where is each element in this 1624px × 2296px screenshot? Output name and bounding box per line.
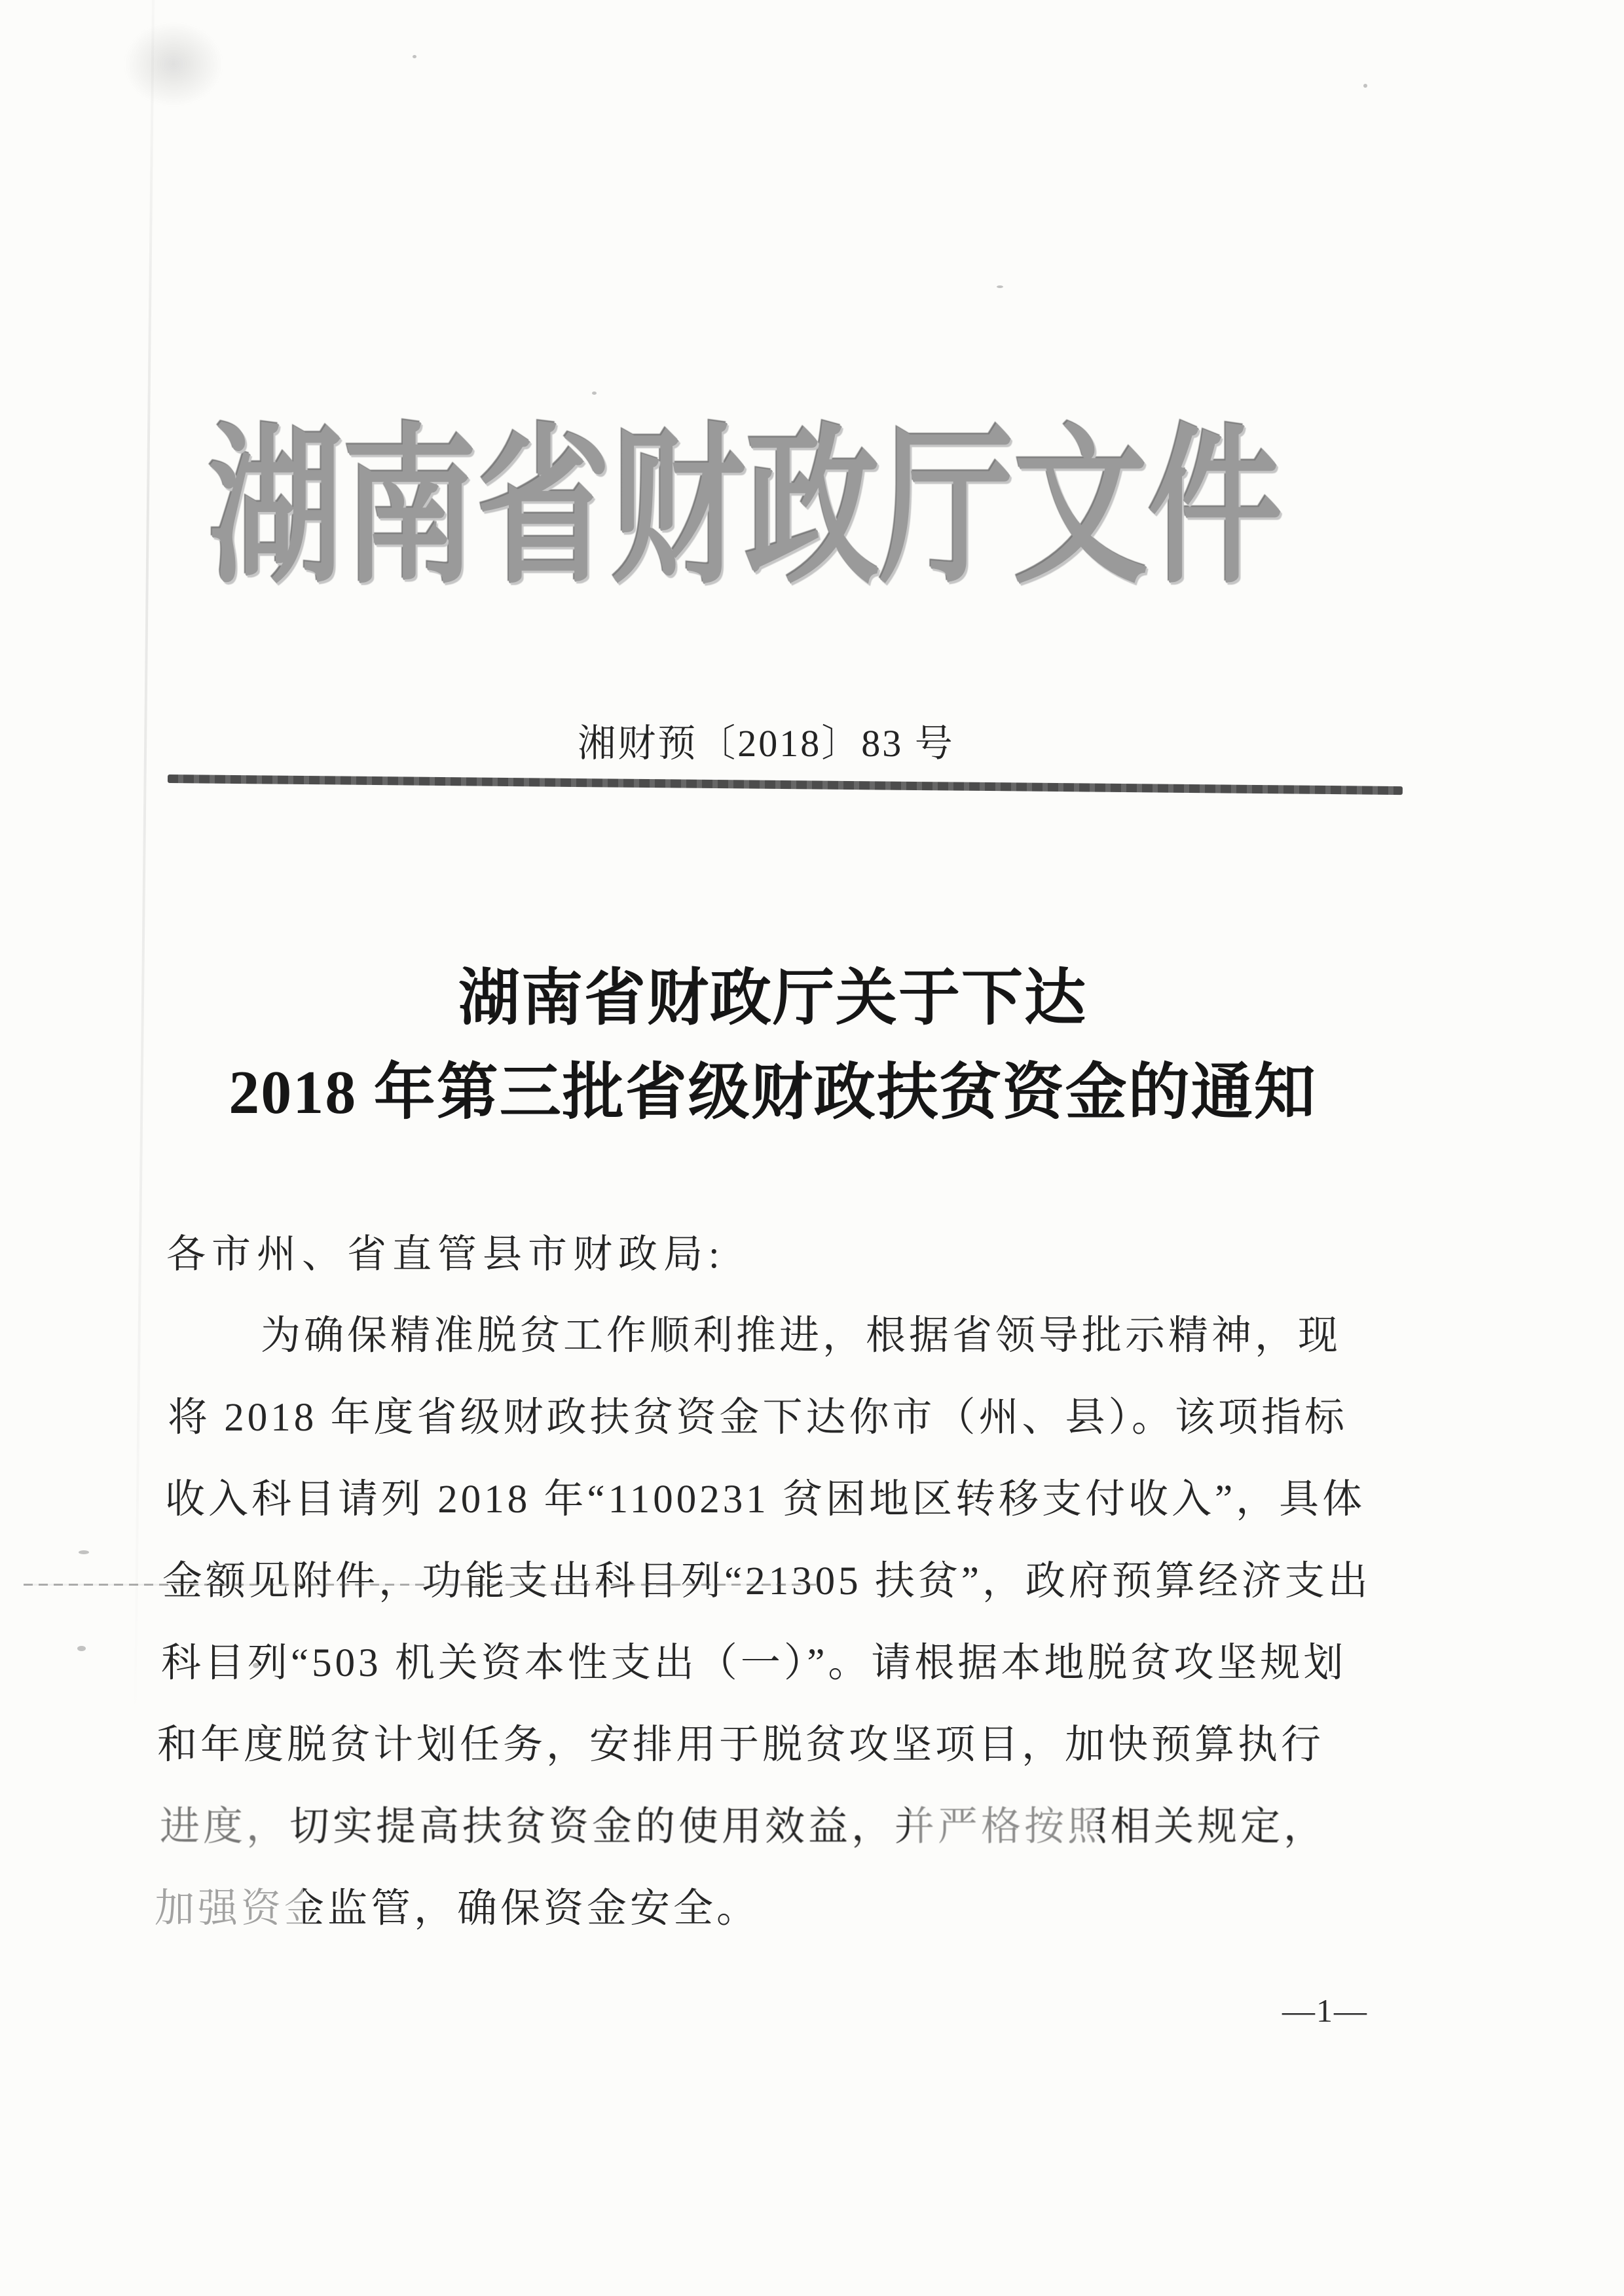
salutation-line: 各市州、省直管县市财政局:: [166, 1223, 726, 1279]
scan-crease-line: [134, 0, 155, 1728]
notice-title-line1: 湖南省财政厅关于下达: [0, 948, 1545, 1036]
page-number: —1—: [1282, 1992, 1368, 2030]
body-paragraph: 为确保精准脱贫工作顺利推进，根据省领导批示精神，现 将 2018 年度省级财政扶…: [162, 1295, 1393, 1950]
notice-title-line2: 2018 年第三批省级财政扶贫资金的通知: [0, 1042, 1545, 1131]
body-line-2: 将 2018 年度省级财政扶贫资金下达你市（州、县）。该项指标: [168, 1377, 1393, 1459]
header-separator-rule: [168, 774, 1403, 795]
scan-artifact-line: [24, 1584, 819, 1586]
scan-speck: [413, 55, 416, 58]
scan-speck: [1363, 84, 1367, 88]
agency-banner-title: 湖南省财政厅文件: [208, 424, 1282, 594]
scan-smudge: [105, 5, 242, 123]
body-line-5: 科目列“503 机关资本性支出（一）”。请根据本地脱贫攻坚规划: [161, 1622, 1393, 1704]
scan-speck: [77, 1646, 86, 1651]
body-line-6: 和年度脱贫计划任务，安排用于脱贫攻坚项目，加快预算执行: [157, 1704, 1393, 1786]
scan-speck: [592, 392, 597, 395]
body-line-1: 为确保精准脱贫工作顺利推进，根据省领导批示精神，现: [261, 1295, 1393, 1377]
body-line-4: 金额见附件，功能支出科目列“21305 扶贫”，政府预算经济支出: [162, 1540, 1393, 1622]
scanned-document-page: 湖南省财政厅文件 湘财预〔2018〕83 号 湖南省财政厅关于下达 2018 年…: [0, 0, 1624, 2296]
scan-speck: [997, 285, 1003, 288]
document-number: 湘财预〔2018〕83 号: [0, 712, 1532, 767]
body-line-7: 进度，切实提高扶贫资金的使用效益，并严格按照相关规定，: [160, 1786, 1393, 1868]
scan-speck: [79, 1550, 89, 1554]
body-line-3: 收入科目请列 2018 年“1100231 贫困地区转移支付收入”，具体: [165, 1459, 1393, 1540]
body-line-8: 加强资金监管，确保资金安全。: [155, 1868, 1393, 1950]
scan-speck: [253, 1663, 259, 1668]
